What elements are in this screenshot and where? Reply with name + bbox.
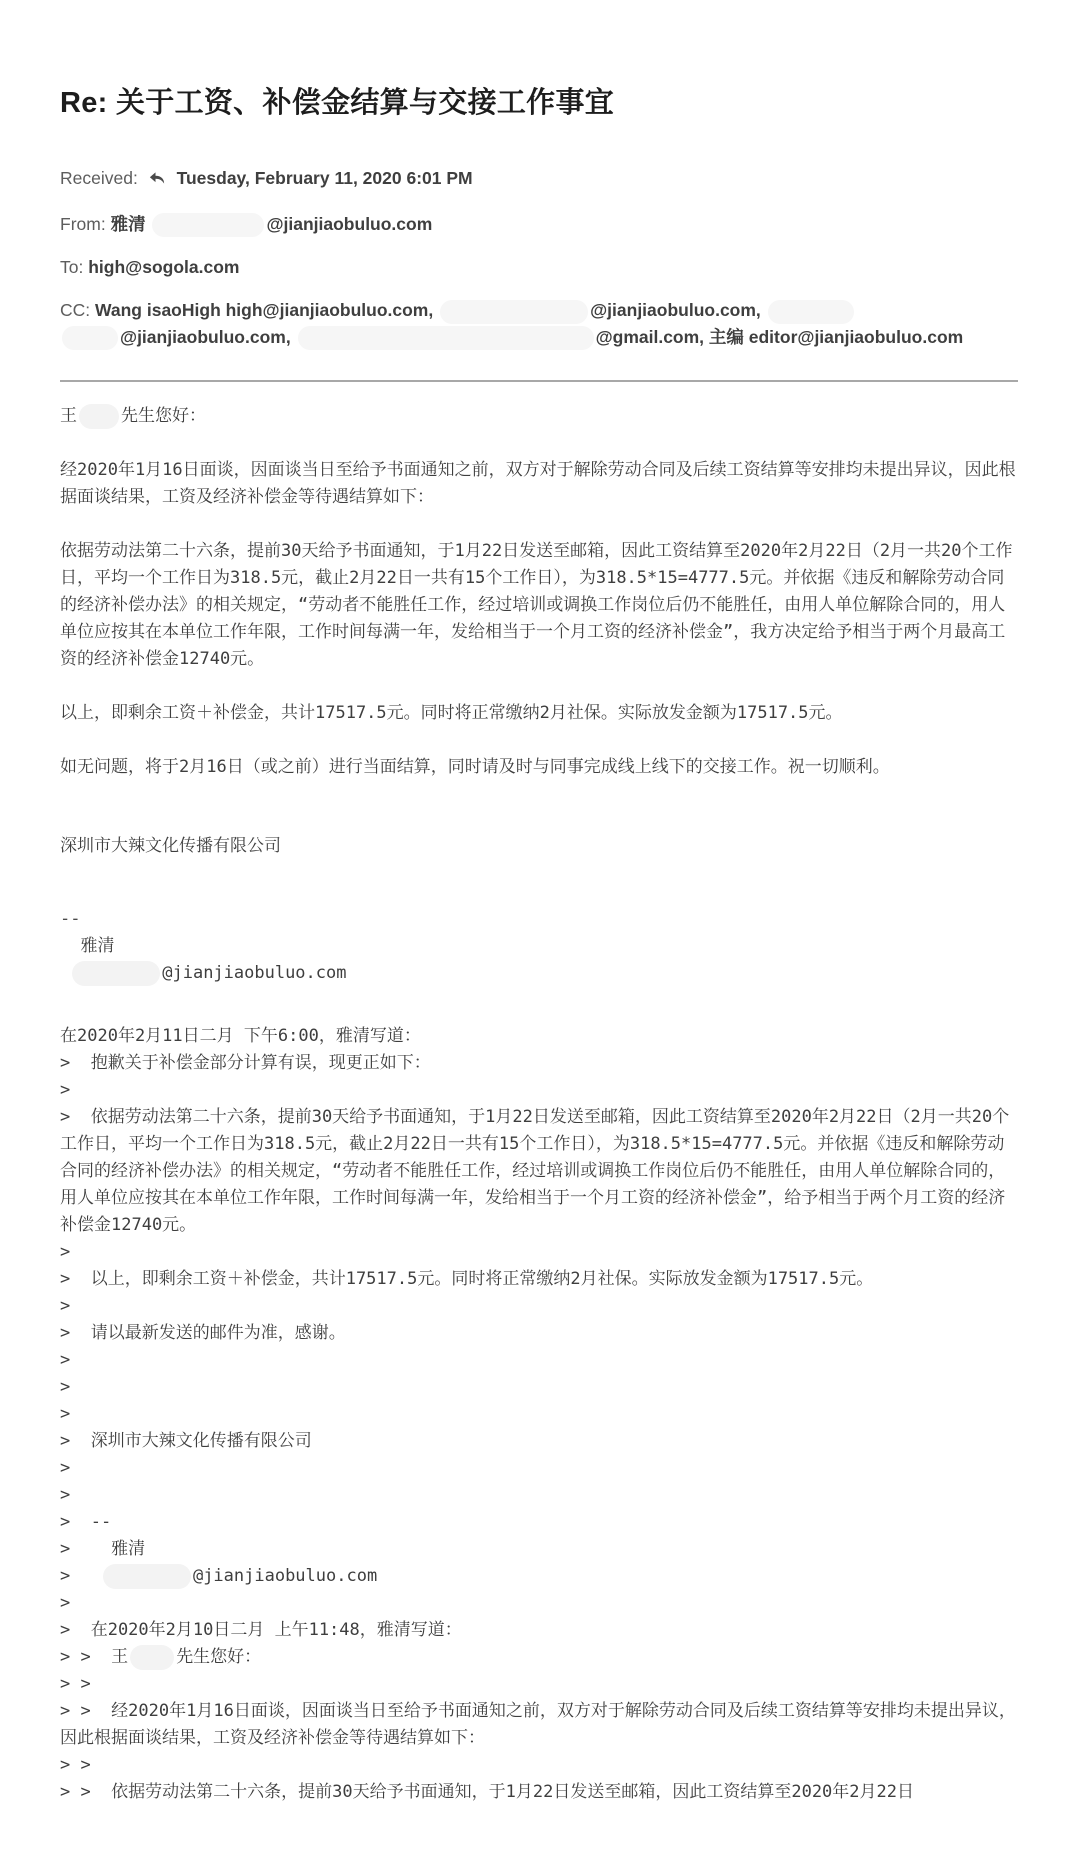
quoted-signature-delimiter: > -- <box>60 1509 1018 1536</box>
deep-quoted-blank-line: > > <box>60 1671 1018 1698</box>
greeting-surname: 王 <box>60 406 77 426</box>
to-address: high@sogola.com <box>88 257 239 277</box>
paragraph-meeting: 经2020年1月16日面谈，因面谈当日至给予书面通知之前，双方对于解除劳动合同及… <box>60 457 1018 511</box>
email-subject: Re: 关于工资、补偿金结算与交接工作事宜 <box>60 80 1018 121</box>
email-body: 王先生您好： 经2020年1月16日面谈，因面谈当日至给予书面通知之前，双方对于… <box>60 403 1018 1806</box>
quoted-company-name: > 深圳市大辣文化传播有限公司 <box>60 1428 1018 1455</box>
cc-address-3-domain: @jianjiaobuluo.com, <box>120 327 291 347</box>
redaction-box <box>130 1645 174 1670</box>
cc-row: CC: Wang isaoHigh high@jianjiaobuluo.com… <box>60 297 1018 350</box>
signature-delimiter: -- <box>60 906 1018 933</box>
from-row: From: 雅清 @jianjiaobuluo.com <box>60 211 1018 237</box>
received-row: Received: Tuesday, February 11, 2020 6:0… <box>60 165 1018 194</box>
from-email-domain: @jianjiaobuluo.com <box>266 214 432 234</box>
cc-line-2: @jianjiaobuluo.com, @gmail.com, 主编 edito… <box>60 324 1018 350</box>
quoted-blank-line: > <box>60 1077 1018 1104</box>
signature-name: 雅清 <box>60 933 1018 960</box>
greeting-line: 王先生您好： <box>60 403 1018 430</box>
received-datetime: Tuesday, February 11, 2020 6:01 PM <box>177 168 473 188</box>
quoted-blank-line: > <box>60 1590 1018 1617</box>
received-label: Received: <box>60 168 138 188</box>
quoted-blank-line: > <box>60 1239 1018 1266</box>
paragraph-total: 以上，即剩余工资＋补偿金，共计17517.5元。同时将正常缴纳2月社保。实际放发… <box>60 700 1018 727</box>
deep-quoted-paragraph-calculation: > > 依据劳动法第二十六条，提前30天给予书面通知，于1月22日发送至邮箱，因… <box>60 1779 1018 1806</box>
deep-quoted-paragraph-meeting: > > 经2020年1月16日面谈，因面谈当日至给予书面通知之前，双方对于解除劳… <box>60 1698 1018 1752</box>
reply-arrow-icon <box>147 168 167 194</box>
quoted-line-note: > 请以最新发送的邮件为准，感谢。 <box>60 1320 1018 1347</box>
header-body-divider <box>60 380 1018 382</box>
quoted-blank-line: > <box>60 1293 1018 1320</box>
paragraph-calculation: 依据劳动法第二十六条，提前30天给予书面通知，于1月22日发送至邮箱，因此工资结… <box>60 538 1018 673</box>
deep-quoted-greeting-prefix: > > 王 <box>60 1647 128 1667</box>
cc-label: CC: <box>60 300 90 320</box>
deep-quoted-greeting: > > 王先生您好： <box>60 1644 1018 1671</box>
email-view: Re: 关于工资、补偿金结算与交接工作事宜 Received: Tuesday,… <box>0 0 1080 1856</box>
quote-intro: 在2020年2月11日二月 下午6:00，雅清写道： <box>60 1023 1018 1050</box>
quoted-signature-email-domain: @jianjiaobuluo.com <box>193 1566 377 1586</box>
quoted-blank-line: > <box>60 1455 1018 1482</box>
cc-address-2-domain: @jianjiaobuluo.com, <box>590 300 761 320</box>
redaction-box <box>298 326 594 350</box>
quoted-blank-line: > <box>60 1374 1018 1401</box>
quoted-blank-line: > <box>60 1347 1018 1374</box>
redaction-box <box>768 300 854 324</box>
from-name: 雅清 <box>111 214 146 234</box>
signature-email-domain: @jianjiaobuluo.com <box>162 963 346 983</box>
signature-email-indent <box>60 963 70 983</box>
redaction-box <box>79 404 119 429</box>
redaction-box <box>103 1564 191 1589</box>
quoted-blank-line: > <box>60 1401 1018 1428</box>
paragraph-handover: 如无问题，将于2月16日（或之前）进行当面结算，同时请及时与同事完成线上线下的交… <box>60 754 1018 781</box>
redaction-box <box>152 213 264 237</box>
deep-quoted-greeting-suffix: 先生您好： <box>176 1647 261 1667</box>
company-name: 深圳市大辣文化传播有限公司 <box>60 833 1018 860</box>
quote-intro-2: > 在2020年2月10日二月 上午11:48，雅清写道： <box>60 1617 1018 1644</box>
cc-address-4: @gmail.com, 主编 editor@jianjiaobuluo.com <box>596 327 964 347</box>
quoted-line-calculation: > 依据劳动法第二十六条，提前30天给予书面通知，于1月22日发送至邮箱，因此工… <box>60 1104 1018 1239</box>
quoted-line-total: > 以上，即剩余工资＋补偿金，共计17517.5元。同时将正常缴纳2月社保。实际… <box>60 1266 1018 1293</box>
greeting-suffix: 先生您好： <box>121 406 206 426</box>
quoted-line-apology: > 抱歉关于补偿金部分计算有误，现更正如下： <box>60 1050 1018 1077</box>
from-label: From: <box>60 214 106 234</box>
deep-quoted-blank-line: > > <box>60 1752 1018 1779</box>
to-label: To: <box>60 257 83 277</box>
quoted-signature-email: > @jianjiaobuluo.com <box>60 1563 1018 1590</box>
to-row: To: high@sogola.com <box>60 254 1018 280</box>
redaction-box <box>62 326 118 350</box>
redaction-box <box>72 961 160 986</box>
quoted-signature-email-indent: > <box>60 1566 101 1586</box>
quoted-blank-line: > <box>60 1482 1018 1509</box>
cc-line-1: CC: Wang isaoHigh high@jianjiaobuluo.com… <box>60 297 1018 323</box>
quoted-signature-name: > 雅清 <box>60 1536 1018 1563</box>
cc-address-1: Wang isaoHigh high@jianjiaobuluo.com, <box>95 300 433 320</box>
redaction-box <box>440 300 588 324</box>
signature-email: @jianjiaobuluo.com <box>60 960 1018 987</box>
